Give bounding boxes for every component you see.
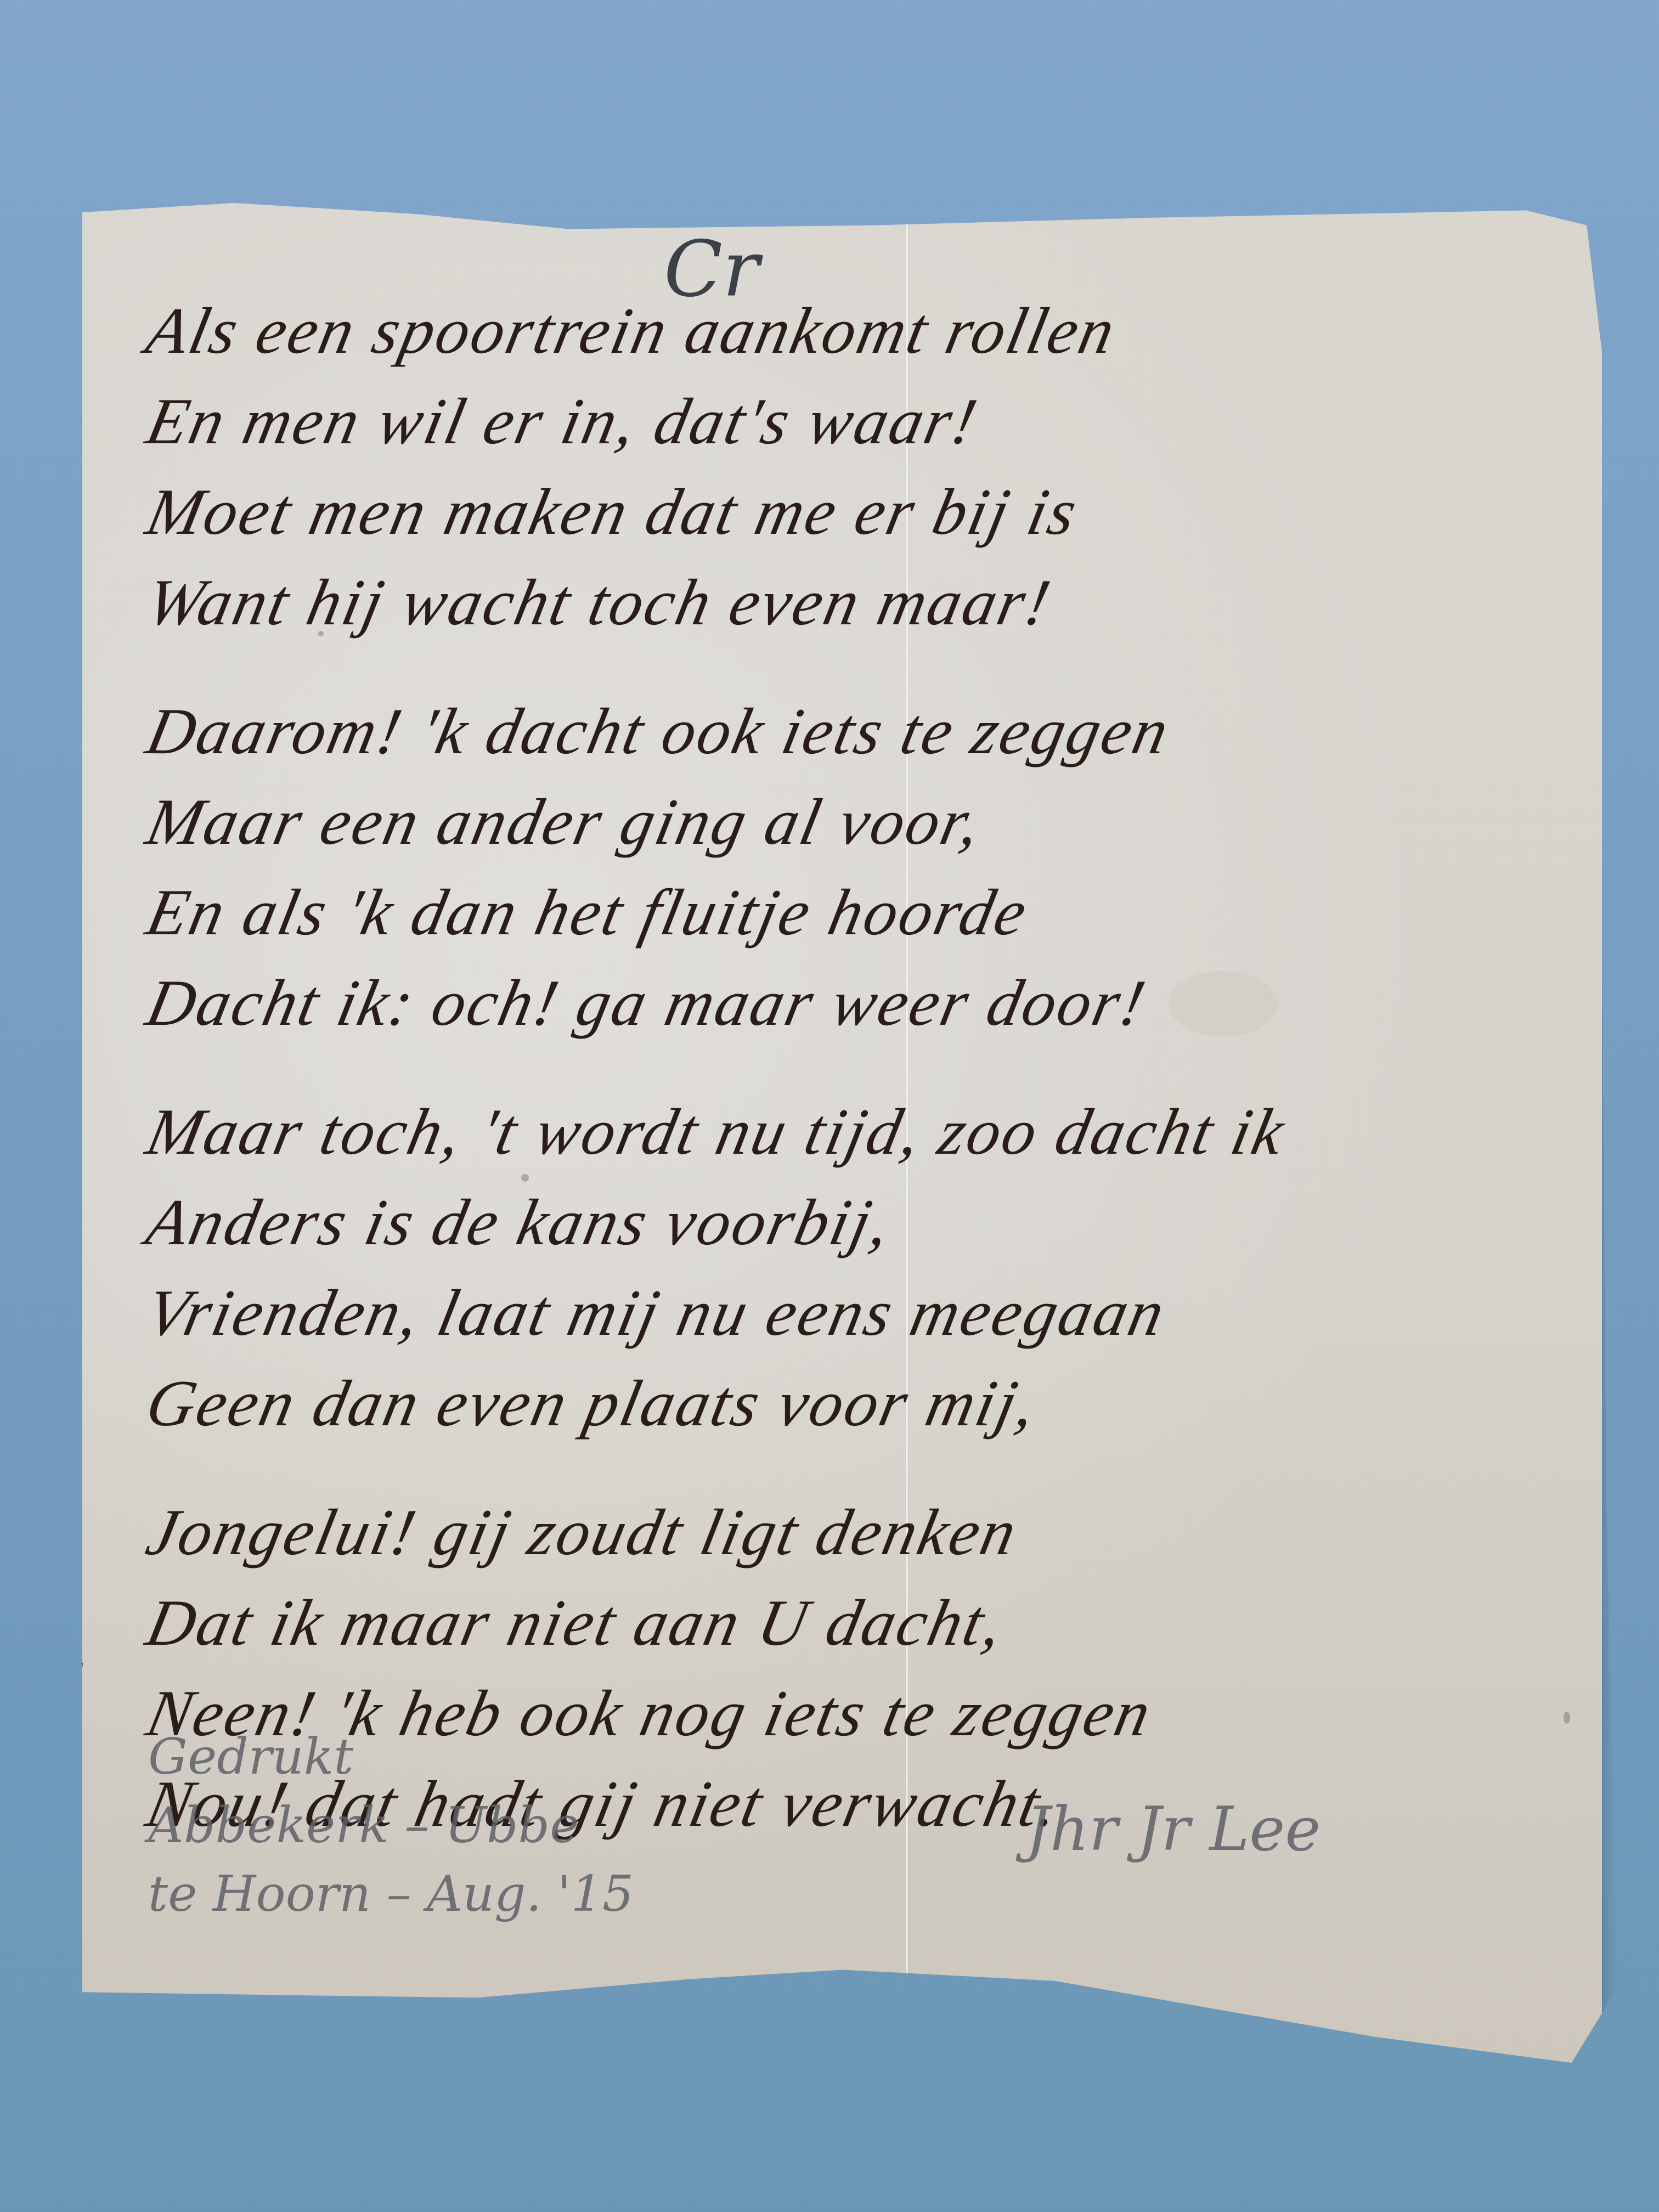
poem-line: En men wil er in, dat's waar!: [138, 376, 1584, 466]
letter-sheet: Cr Als een spoortrein aankomt rollen En …: [82, 203, 1602, 2063]
stanza-1: Als een spoortrein aankomt rollen En men…: [148, 285, 1575, 647]
poem-line: Anders is de kans voorbij,: [138, 1177, 1584, 1267]
pencil-note-line: Gedrukt: [148, 1723, 634, 1791]
pencil-note-line: te Hoorn – Aug. '15: [148, 1860, 634, 1928]
poem-line: Want hij wacht toch even maar!: [138, 557, 1584, 647]
stanza-2: Daarom! 'k dacht ook iets te zeggen Maar…: [148, 686, 1575, 1048]
poem-line: Maar een ander ging al voor,: [138, 776, 1584, 867]
poem-line: Geen dan even plaats voor mij,: [138, 1358, 1584, 1448]
margin-quote-mark: ": [66, 1651, 86, 1708]
poem-body: Als een spoortrein aankomt rollen En men…: [148, 285, 1575, 1887]
poem-line: Daarom! 'k dacht ook iets te zeggen: [138, 686, 1584, 776]
poem-line: Vrienden, laat mij nu eens meegaan: [138, 1267, 1584, 1358]
poem-line: Als een spoortrein aankomt rollen: [138, 285, 1584, 376]
poem-line: Moet men maken dat me er bij is: [138, 466, 1584, 557]
stanza-3: Maar toch, 't wordt nu tijd, zoo dacht i…: [148, 1086, 1575, 1448]
pencil-signature: Jhr Jr Lee: [1026, 1794, 1321, 1864]
pencil-annotation: Gedrukt Abbekerk – Ubbe te Hoorn – Aug. …: [148, 1723, 634, 1928]
pencil-note-line: Abbekerk – Ubbe: [148, 1791, 634, 1860]
poem-line: Jongelui! gij zoudt ligt denken: [138, 1487, 1584, 1577]
poem-line: Maar toch, 't wordt nu tijd, zoo dacht i…: [138, 1086, 1584, 1177]
poem-line: En als 'k dan het fluitje hoorde: [138, 867, 1584, 957]
poem-line: Dacht ik: och! ga maar weer door!: [138, 957, 1584, 1048]
poem-line: Dat ik maar niet aan U dacht,: [138, 1577, 1584, 1668]
